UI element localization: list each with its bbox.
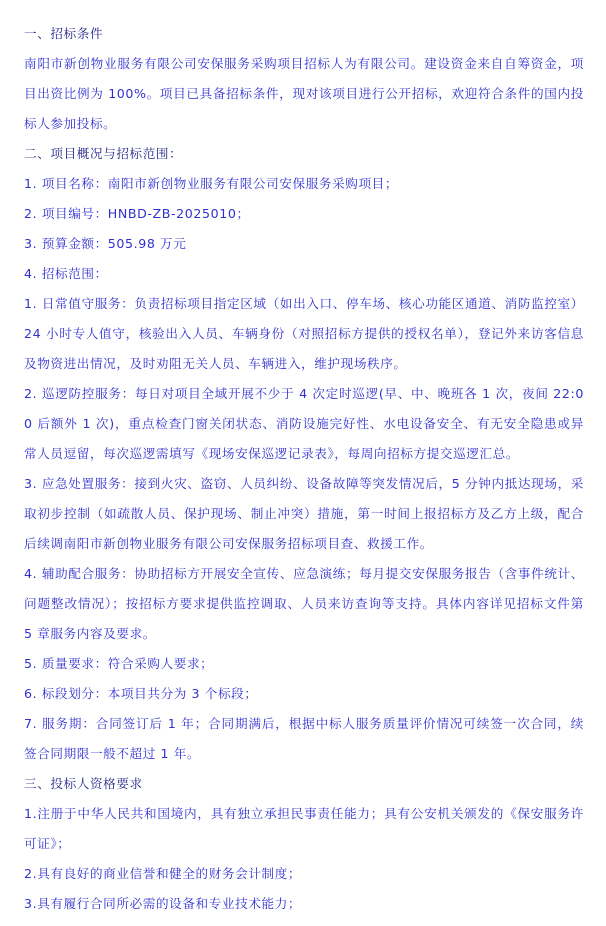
scope-item-duty: 1. 日常值守服务：负责招标项目指定区域（如出入口、停车场、核心功能区通道、消防… <box>24 289 584 379</box>
section-heading-qualifications: 三、投标人资格要求 <box>24 769 584 799</box>
scope-item-support: 4. 辅助配合服务：协助招标方开展安全宣传、应急演练；每月提交安保服务报告（含事… <box>24 559 584 649</box>
project-number: 2. 项目编号：HNBD-ZB-2025010； <box>24 199 584 229</box>
qualification-item: 3.具有履行合同所必需的设备和专业技术能力； <box>24 889 584 919</box>
scope-item-emergency: 3. 应急处置服务：接到火灾、盗窃、人员纠纷、设备故障等突发情况后，5 分钟内抵… <box>24 469 584 559</box>
budget-amount: 3. 预算金额：505.98 万元 <box>24 229 584 259</box>
section-heading-conditions: 一、招标条件 <box>24 19 584 49</box>
conditions-text: 南阳市新创物业服务有限公司安保服务采购项目招标人为有限公司。建设资金来自自筹资金… <box>24 49 584 139</box>
qualification-item: 2.具有良好的商业信誉和健全的财务会计制度； <box>24 859 584 889</box>
section-heading-overview: 二、项目概况与招标范围： <box>24 139 584 169</box>
lot-division: 6. 标段划分：本项目共分为 3 个标段； <box>24 679 584 709</box>
service-period: 7. 服务期：合同签订后 1 年；合同期满后，根据中标人服务质量评价情况可续签一… <box>24 709 584 769</box>
scope-heading: 4. 招标范围： <box>24 259 584 289</box>
project-name: 1. 项目名称：南阳市新创物业服务有限公司安保服务采购项目； <box>24 169 584 199</box>
tender-document: 一、招标条件 南阳市新创物业服务有限公司安保服务采购项目招标人为有限公司。建设资… <box>24 19 584 919</box>
qualification-item: 1.注册于中华人民共和国境内，具有独立承担民事责任能力；具有公安机关颁发的《保安… <box>24 799 584 859</box>
quality-requirement: 5. 质量要求：符合采购人要求； <box>24 649 584 679</box>
scope-item-patrol: 2. 巡逻防控服务：每日对项目全域开展不少于 4 次定时巡逻(早、中、晚班各 1… <box>24 379 584 469</box>
